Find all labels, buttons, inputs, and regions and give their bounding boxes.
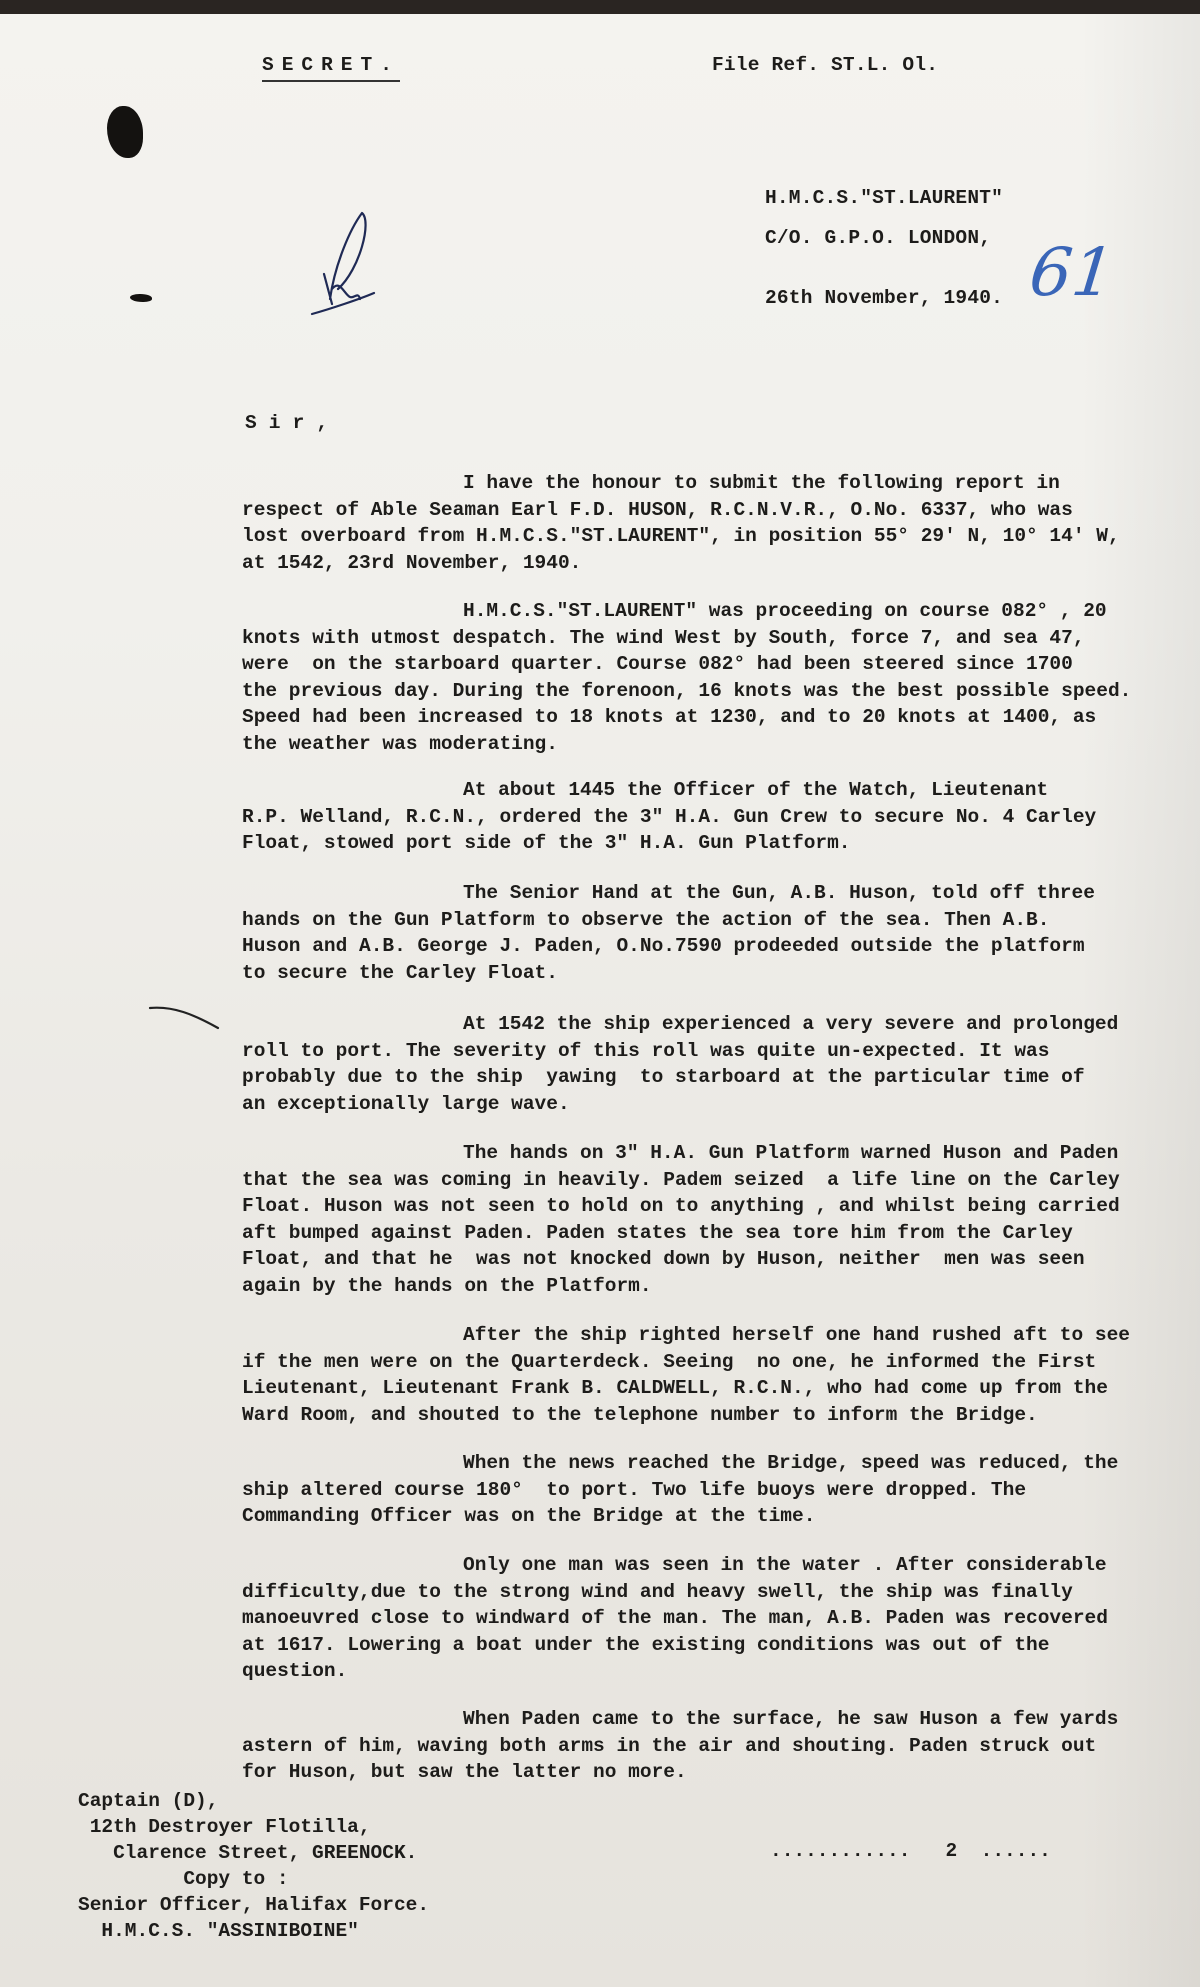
paragraph-line: if the men were on the Quarterdeck. Seei…: [242, 1349, 1182, 1376]
paragraph-line: were on the starboard quarter. Course 08…: [242, 651, 1182, 678]
paragraph-line: Ward Room, and shouted to the telephone …: [242, 1402, 1182, 1429]
punch-hole-lower: [130, 294, 152, 302]
paragraph-9: Only one man was seen in the water . Aft…: [242, 1552, 1182, 1685]
document-page: SECRET. File Ref. ST.L. Ol. H.M.C.S."ST.…: [0, 14, 1200, 1987]
paragraph-line: R.P. Welland, R.C.N., ordered the 3" H.A…: [242, 804, 1182, 831]
paragraph-8: When the news reached the Bridge, speed …: [242, 1450, 1182, 1530]
paragraph-line: After the ship righted herself one hand …: [242, 1322, 1182, 1349]
paragraph-2: H.M.C.S."ST.LAURENT" was proceeding on c…: [242, 598, 1182, 757]
paragraph-line: again by the hands on the Platform.: [242, 1273, 1182, 1300]
recipient-line: Senior Officer, Halifax Force.: [78, 1892, 429, 1918]
paragraph-line: Huson and A.B. George J. Paden, O.No.759…: [242, 933, 1182, 960]
paragraph-line: at 1542, 23rd November, 1940.: [242, 550, 1182, 577]
paragraph-line: hands on the Gun Platform to observe the…: [242, 907, 1182, 934]
paragraph-line: knots with utmost despatch. The wind Wes…: [242, 625, 1182, 652]
paragraph-4: The Senior Hand at the Gun, A.B. Huson, …: [242, 880, 1182, 986]
punch-hole-top: [107, 106, 143, 158]
paragraph-line: aft bumped against Paden. Paden states t…: [242, 1220, 1182, 1247]
paragraph-10: When Paden came to the surface, he saw H…: [242, 1706, 1182, 1786]
recipient-line: H.M.C.S. "ASSINIBOINE": [78, 1918, 429, 1944]
paragraph-line: Float, and that he was not knocked down …: [242, 1246, 1182, 1273]
margin-pen-stroke: [148, 1002, 228, 1032]
paragraph-line: the previous day. During the forenoon, 1…: [242, 678, 1182, 705]
paragraph-7: After the ship righted herself one hand …: [242, 1322, 1182, 1428]
paragraph-1: I have the honour to submit the followin…: [242, 470, 1182, 576]
paragraph-line: Only one man was seen in the water . Aft…: [242, 1552, 1182, 1579]
paragraph-line: The Senior Hand at the Gun, A.B. Huson, …: [242, 880, 1182, 907]
paragraph-line: The hands on 3" H.A. Gun Platform warned…: [242, 1140, 1182, 1167]
care-of-address: C/O. G.P.O. LONDON,: [765, 225, 991, 251]
recipient-line: Copy to :: [78, 1866, 429, 1892]
paragraph-line: Float, stowed port side of the 3" H.A. G…: [242, 830, 1182, 857]
paragraph-line: I have the honour to submit the followin…: [242, 470, 1182, 497]
recipient-line: Captain (D),: [78, 1788, 429, 1814]
handwritten-page-number: 61: [1026, 238, 1117, 308]
paragraph-5: At 1542 the ship experienced a very seve…: [242, 1011, 1182, 1117]
paragraph-line: at 1617. Lowering a boat under the exist…: [242, 1632, 1182, 1659]
ship-address: H.M.C.S."ST.LAURENT": [765, 185, 1003, 211]
paragraph-line: for Huson, but saw the latter no more.: [242, 1759, 1182, 1786]
paragraph-line: Speed had been increased to 18 knots at …: [242, 704, 1182, 731]
salutation: S i r ,: [245, 410, 328, 436]
paragraph-line: difficulty,due to the strong wind and he…: [242, 1579, 1182, 1606]
classification-marking: SECRET.: [262, 52, 400, 82]
paragraph-line: roll to port. The severity of this roll …: [242, 1038, 1182, 1065]
paragraph-line: At about 1445 the Officer of the Watch, …: [242, 777, 1182, 804]
paragraph-line: ship altered course 180° to port. Two li…: [242, 1477, 1182, 1504]
paragraph-line: Commanding Officer was on the Bridge at …: [242, 1503, 1182, 1530]
paragraph-line: H.M.C.S."ST.LAURENT" was proceeding on c…: [242, 598, 1182, 625]
paragraph-line: At 1542 the ship experienced a very seve…: [242, 1011, 1182, 1038]
page-continuation-marker: ............ 2 ......: [770, 1840, 1051, 1862]
paragraph-line: When the news reached the Bridge, speed …: [242, 1450, 1182, 1477]
recipient-block: Captain (D), 12th Destroyer Flotilla, Cl…: [78, 1788, 429, 1944]
paragraph-line: the weather was moderating.: [242, 731, 1182, 758]
recipient-line: 12th Destroyer Flotilla,: [78, 1814, 429, 1840]
paragraph-line: an exceptionally large wave.: [242, 1091, 1182, 1118]
paragraph-line: When Paden came to the surface, he saw H…: [242, 1706, 1182, 1733]
paragraph-line: astern of him, waving both arms in the a…: [242, 1733, 1182, 1760]
paragraph-line: respect of Able Seaman Earl F.D. HUSON, …: [242, 497, 1182, 524]
paragraph-line: Lieutenant, Lieutenant Frank B. CALDWELL…: [242, 1375, 1182, 1402]
paragraph-line: probably due to the ship yawing to starb…: [242, 1064, 1182, 1091]
paragraph-line: manoeuvred close to windward of the man.…: [242, 1605, 1182, 1632]
letter-date: 26th November, 1940.: [765, 285, 1003, 311]
paragraph-line: Float. Huson was not seen to hold on to …: [242, 1193, 1182, 1220]
paragraph-line: to secure the Carley Float.: [242, 960, 1182, 987]
initials-signature: [310, 209, 390, 319]
paragraph-line: question.: [242, 1658, 1182, 1685]
file-reference: File Ref. ST.L. Ol.: [712, 52, 938, 78]
recipient-line: Clarence Street, GREENOCK.: [78, 1840, 429, 1866]
paragraph-line: lost overboard from H.M.C.S."ST.LAURENT"…: [242, 523, 1182, 550]
paragraph-3: At about 1445 the Officer of the Watch, …: [242, 777, 1182, 857]
paragraph-line: that the sea was coming in heavily. Pade…: [242, 1167, 1182, 1194]
paragraph-6: The hands on 3" H.A. Gun Platform warned…: [242, 1140, 1182, 1299]
